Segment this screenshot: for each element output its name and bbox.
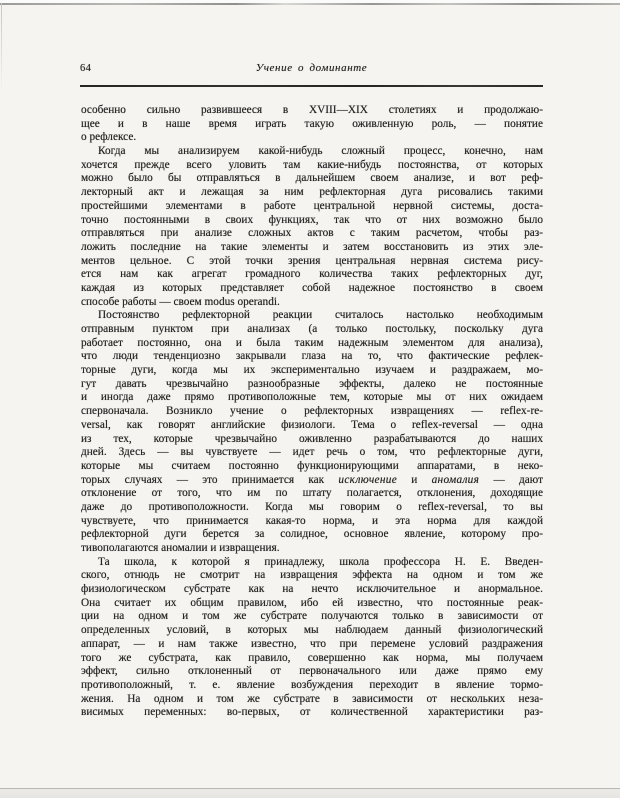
text-line: отправным пунктом при анализах (а только… (81, 323, 543, 337)
body-text: особенно сильно развившееся в XVIII—XIX … (81, 104, 543, 720)
text-line: отправляться при анализе сложных актов с… (81, 227, 543, 241)
text-line: Та школа, к которой я принадлежу, школа … (81, 556, 543, 570)
text-line: простейшими элементами в работе централь… (81, 200, 543, 214)
text-line: тивополагаются аномалии и извращения. (81, 542, 543, 556)
text-line: гут давать чрезвычайно разнообразные эфф… (81, 378, 543, 392)
text-line: хочется прежде всего уловить там какие-н… (81, 159, 543, 173)
text-line: работает постоянно, она и была таким над… (81, 337, 543, 351)
text-line: висимых переменных: во-первых, от количе… (81, 706, 543, 720)
text-line: Когда мы анализируем какой-нибудь сложны… (81, 145, 543, 159)
text-line: ментов цельное. С этой точки зрения цент… (81, 255, 543, 269)
text-line: аппарат, — и нам также известно, что при… (81, 638, 543, 652)
text-line: ложить последние на такие элементы и зат… (81, 241, 543, 255)
text-line: можно было бы отправляться в дальнейшем … (81, 172, 543, 186)
text-line: способе работы — своем modus operandi. (81, 296, 543, 310)
text-line: определенных условий, в которых мы наблю… (81, 624, 543, 638)
text-line: торные дуги, когда мы их экспериментальн… (81, 364, 543, 378)
text-line: торых случаях — это принимается как искл… (81, 474, 543, 488)
text-line: того же субстрата, как правило, совершен… (81, 652, 543, 666)
text-line: что люди тенденциозно закрывали глаза на… (81, 350, 543, 364)
text-line: о рефлексе. (81, 131, 543, 145)
text-line: ции на одном и том же субстрате получают… (81, 610, 543, 624)
text-line: каждая из которых представляет собой над… (81, 282, 543, 296)
scan-edge-bottom (0, 788, 620, 798)
scan-edge-top (0, 0, 620, 5)
text-line: Постоянство рефлекторной реакции считало… (81, 309, 543, 323)
text-line: чувствуете, что принимается какая-то нор… (81, 515, 543, 529)
text-line: особенно сильно развившееся в XVIII—XIX … (81, 104, 543, 118)
text-line: versal, как говорят английские физиологи… (81, 419, 543, 433)
text-line: эффект, сильно отклоненный от первоначал… (81, 665, 543, 679)
text-line: из тех, которые чрезвычайно оживленно ра… (81, 433, 543, 447)
page-number: 64 (80, 63, 91, 74)
text-line: ется нам как агрегат громадного количест… (81, 268, 543, 282)
running-title: Учение о доминанте (80, 62, 543, 74)
page-header: 64 Учение о доминанте (80, 62, 543, 77)
text-line: и иногда даже прямо противоположные тем,… (81, 391, 543, 405)
text-line: противоположный, т. е. явление возбужден… (81, 679, 543, 693)
text-line: которые мы считаем постоянно функциониру… (81, 460, 543, 474)
text-line: ского, отнюдь не смотрит на извращения э… (81, 569, 543, 583)
text-line: рефлекторной дуги берется за солидное, о… (81, 528, 543, 542)
text-line: физиологическом субстрате как на нечто и… (81, 583, 543, 597)
text-line: щее и в наше время играть такую оживленн… (81, 118, 543, 132)
text-line: жения. На одном и том же субстрате в зав… (81, 693, 543, 707)
text-line: даже до противоположности. Когда мы гово… (81, 501, 543, 515)
text-line: Она считает их общим правилом, ибо ей из… (81, 597, 543, 611)
text-line: дней. Здесь — вы чувствуете — идет речь … (81, 446, 543, 460)
header-rule (80, 85, 543, 87)
text-line: точно постоянными в своих функциях, так … (81, 214, 543, 228)
scan-edge-left (1, 3, 2, 93)
text-line: спервоначала. Возникло учение о рефлекто… (81, 405, 543, 419)
text-line: лекторный акт и лежащая за ним рефлектор… (81, 186, 543, 200)
book-page: 64 Учение о доминанте особенно сильно ра… (0, 0, 620, 798)
text-line: отклонение от того, что им по штату пола… (81, 487, 543, 501)
